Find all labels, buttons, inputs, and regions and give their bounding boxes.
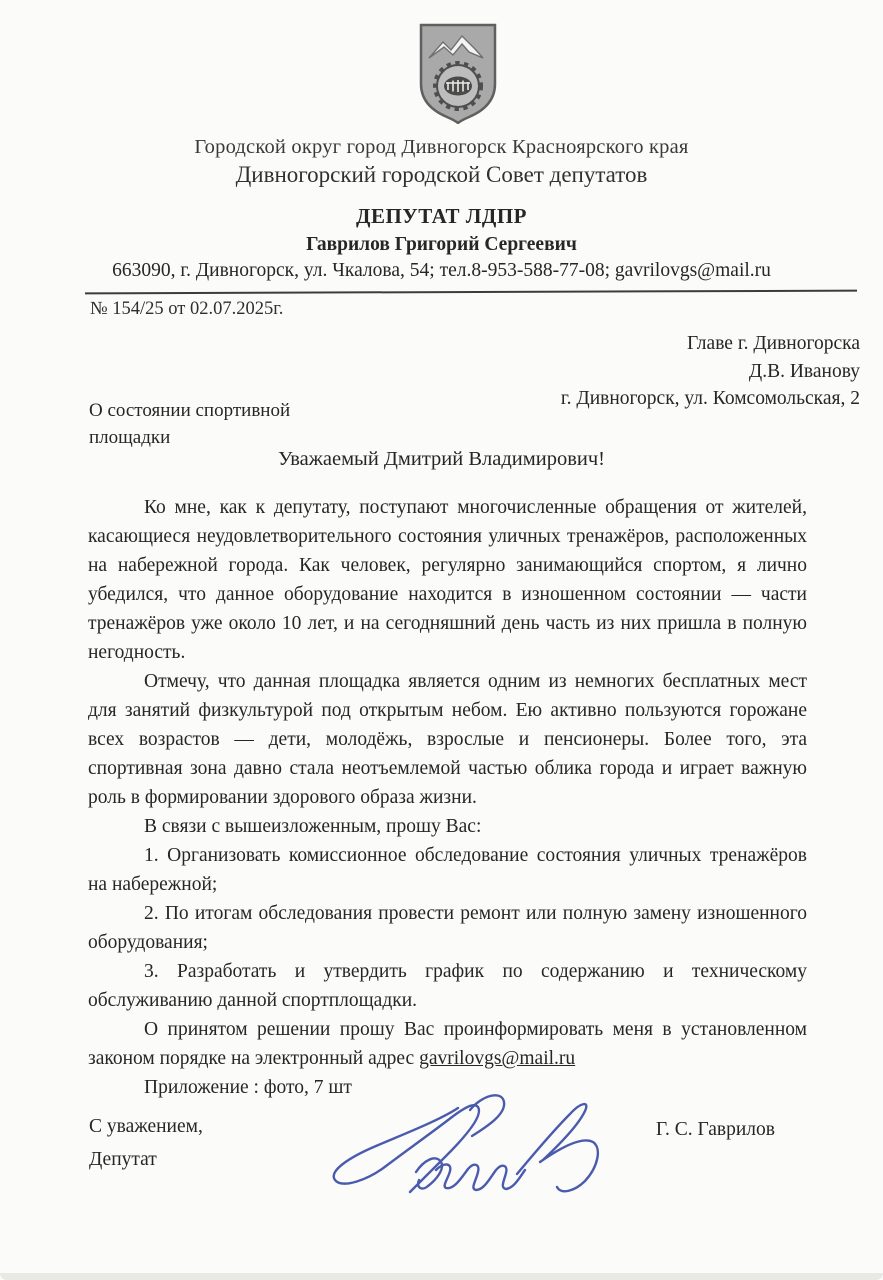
organization-header: Городской округ город Дивногорск Красноя…: [0, 136, 883, 188]
scan-edge: [0, 1273, 883, 1280]
reference-number-date: № 154/25 от 02.07.2025г.: [90, 299, 283, 320]
org-name-region: Городской округ город Дивногорск Красноя…: [0, 136, 883, 159]
deputy-contact-line: 663090, г. Дивногорск, ул. Чкалова, 54; …: [0, 260, 883, 282]
deputy-title: ДЕПУТАТ ЛДПР: [0, 204, 883, 229]
scanned-letter-page: Городской округ город Дивногорск Красноя…: [0, 0, 883, 1280]
addressee-address: г. Дивногорск, ул. Комсомольская, 2: [561, 385, 860, 413]
paragraph-2: Отмечу, что данная площадка является одн…: [88, 667, 807, 812]
closing-line2: Депутат: [89, 1143, 203, 1176]
paragraph-4: О принятом решении прошу Вас проинформир…: [88, 1015, 807, 1073]
subject-block: О состоянии спортивной площадки: [89, 397, 290, 451]
handwritten-signature: [312, 1078, 622, 1210]
request-item-2: 2. По итогам обследования провести ремон…: [88, 899, 807, 957]
salutation: Уважаемый Дмитрий Владимирович!: [0, 448, 883, 471]
coat-of-arms-icon: [417, 22, 499, 124]
request-item-1: 1. Организовать комиссионное обследовани…: [88, 841, 807, 899]
subject-line1: О состоянии спортивной: [89, 397, 290, 424]
closing-block: С уважением, Депутат: [89, 1110, 203, 1176]
deputy-name: Гаврилов Григорий Сергеевич: [0, 234, 883, 256]
org-name-council: Дивногорский городской Совет депутатов: [0, 162, 883, 188]
letterhead-divider: [85, 290, 857, 295]
subject-line2: площадки: [89, 424, 290, 451]
closing-line1: С уважением,: [89, 1110, 203, 1143]
addressee-position: Главе г. Дивногорска: [561, 330, 860, 358]
addressee-name: Д.В. Иванову: [561, 358, 860, 386]
deputy-letterhead: ДЕПУТАТ ЛДПР Гаврилов Григорий Сергеевич…: [0, 204, 883, 282]
request-item-3: 3. Разработать и утвердить график по сод…: [88, 957, 807, 1015]
paragraph-3: В связи с вышеизложенным, прошу Вас:: [88, 812, 807, 841]
addressee-block: Главе г. Дивногорска Д.В. Иванову г. Див…: [561, 330, 860, 413]
signer-name: Г. С. Гаврилов: [656, 1119, 775, 1141]
email-address: gavrilovgs@mail.ru: [419, 1048, 575, 1069]
paragraph-1: Ко мне, как к депутату, поступают многоч…: [88, 493, 807, 667]
letter-body: Ко мне, как к депутату, поступают многоч…: [88, 493, 807, 1102]
